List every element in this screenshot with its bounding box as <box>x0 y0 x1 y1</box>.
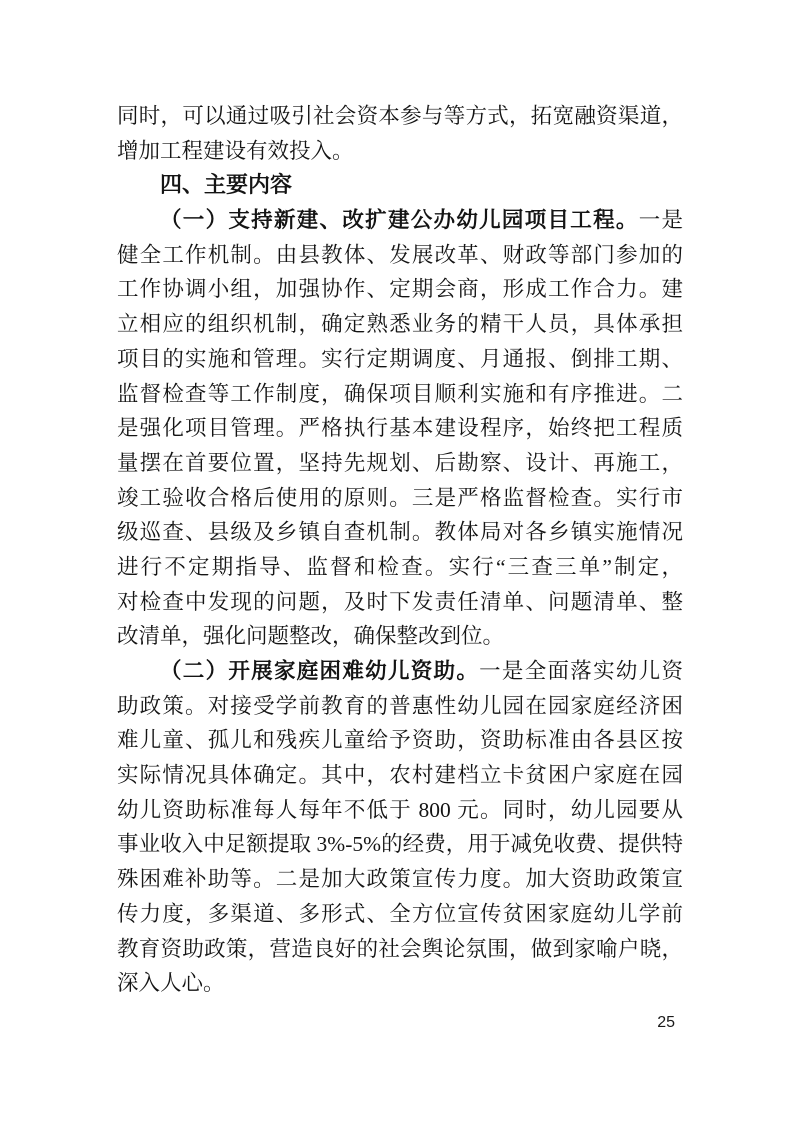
text-line: 幼儿资助标准每人每年不低于 800 元。同时，幼儿园要从 <box>117 793 683 828</box>
text-line: 难儿童、孤儿和残疾儿童给予资助，资助标准由各县区按 <box>117 723 683 758</box>
text-line: 殊困难补助等。二是加大政策宣传力度。加大资助政策宣 <box>117 862 683 897</box>
document-page: 同时，可以通过吸引社会资本参与等方式，拓宽融资渠道，增加工程建设有效投入。四、主… <box>0 0 793 1122</box>
text-line: 监督检查等工作制度，确保项目顺利实施和有序推进。二 <box>117 377 683 412</box>
text-line: 竣工验收合格后使用的原则。三是严格监督检查。实行市 <box>117 481 683 516</box>
text-run: 增加工程建设有效投入。 <box>117 139 354 163</box>
text-run: 事业收入中足额提取 3%-5%的经费，用于减免收费、提供特 <box>117 832 683 856</box>
text-line: 项目的实施和管理。实行定期调度、月通报、倒排工期、 <box>117 342 683 377</box>
text-run: 项目的实施和管理。实行定期调度、月通报、倒排工期、 <box>117 347 683 371</box>
text-run: 进行不定期指导、监督和检查。实行“三查三单”制定， <box>117 555 683 579</box>
text-run: 改清单，强化问题整改，确保整改到位。 <box>117 624 504 648</box>
text-line: 教育资助政策，营造良好的社会舆论氛围，做到家喻户晓， <box>117 932 683 967</box>
text-line: 助政策。对接受学前教育的普惠性幼儿园在园家庭经济困 <box>117 689 683 724</box>
text-run: 教育资助政策，营造良好的社会舆论氛围，做到家喻户晓， <box>117 937 683 961</box>
text-line: 级巡查、县级及乡镇自查机制。教体局对各乡镇实施情况 <box>117 515 683 550</box>
text-run: 竣工验收合格后使用的原则。三是严格监督检查。实行市 <box>117 486 683 510</box>
text-line: 深入人心。 <box>117 966 683 1001</box>
text-line: 工作协调小组，加强协作、定期会商，形成工作合力。建 <box>117 272 683 307</box>
text-run: 立相应的组织机制，确定熟悉业务的精干人员，具体承担 <box>117 312 683 336</box>
text-line: （二）开展家庭困难幼儿资助。一是全面落实幼儿资 <box>117 654 683 689</box>
text-line: 对检查中发现的问题，及时下发责任清单、问题清单、整 <box>117 585 683 620</box>
subsection-heading-run: （二）开展家庭困难幼儿资助。 <box>160 659 479 683</box>
text-line: 增加工程建设有效投入。 <box>117 134 683 169</box>
text-line: 量摆在首要位置，坚持先规划、后勘察、设计、再施工， <box>117 446 683 481</box>
text-line: （一）支持新建、改扩建公办幼儿园项目工程。一是 <box>117 203 683 238</box>
text-run: 深入人心。 <box>117 971 225 995</box>
section-heading: 四、主要内容 <box>117 168 683 203</box>
text-line: 事业收入中足额提取 3%-5%的经费，用于减免收费、提供特 <box>117 827 683 862</box>
text-run: 幼儿资助标准每人每年不低于 800 元。同时，幼儿园要从 <box>117 798 683 822</box>
text-run: 监督检查等工作制度，确保项目顺利实施和有序推进。二 <box>117 382 683 406</box>
text-run: 对检查中发现的问题，及时下发责任清单、问题清单、整 <box>117 590 683 614</box>
subsection-heading-run: （一）支持新建、改扩建公办幼儿园项目工程。 <box>160 208 639 232</box>
text-run: 传力度，多渠道、多形式、全方位宣传贫困家庭幼儿学前 <box>117 902 683 926</box>
page-number: 25 <box>657 1012 675 1034</box>
text-run: 一是 <box>639 208 683 232</box>
text-run: 级巡查、县级及乡镇自查机制。教体局对各乡镇实施情况 <box>117 520 683 544</box>
text-run: 难儿童、孤儿和残疾儿童给予资助，资助标准由各县区按 <box>117 728 683 752</box>
text-line: 改清单，强化问题整改，确保整改到位。 <box>117 619 683 654</box>
text-run: 是强化项目管理。严格执行基本建设程序，始终把工程质 <box>117 416 683 440</box>
text-line: 传力度，多渠道、多形式、全方位宣传贫困家庭幼儿学前 <box>117 897 683 932</box>
text-run: 健全工作机制。由县教体、发展改革、财政等部门参加的 <box>117 243 683 267</box>
text-run: 工作协调小组，加强协作、定期会商，形成工作合力。建 <box>117 277 683 301</box>
text-line: 同时，可以通过吸引社会资本参与等方式，拓宽融资渠道， <box>117 99 683 134</box>
text-run: 同时，可以通过吸引社会资本参与等方式，拓宽融资渠道， <box>117 104 683 128</box>
text-run: 助政策。对接受学前教育的普惠性幼儿园在园家庭经济困 <box>117 694 683 718</box>
document-body: 同时，可以通过吸引社会资本参与等方式，拓宽融资渠道，增加工程建设有效投入。四、主… <box>117 99 683 1001</box>
text-run: 四、主要内容 <box>160 172 292 197</box>
text-line: 实际情况具体确定。其中，农村建档立卡贫困户家庭在园 <box>117 758 683 793</box>
text-run: 量摆在首要位置，坚持先规划、后勘察、设计、再施工， <box>117 451 683 475</box>
text-line: 进行不定期指导、监督和检查。实行“三查三单”制定， <box>117 550 683 585</box>
text-line: 立相应的组织机制，确定熟悉业务的精干人员，具体承担 <box>117 307 683 342</box>
text-line: 是强化项目管理。严格执行基本建设程序，始终把工程质 <box>117 411 683 446</box>
text-line: 健全工作机制。由县教体、发展改革、财政等部门参加的 <box>117 238 683 273</box>
text-run: 一是全面落实幼儿资 <box>479 659 683 683</box>
text-run: 实际情况具体确定。其中，农村建档立卡贫困户家庭在园 <box>117 763 683 787</box>
text-run: 殊困难补助等。二是加大政策宣传力度。加大资助政策宣 <box>117 867 683 891</box>
